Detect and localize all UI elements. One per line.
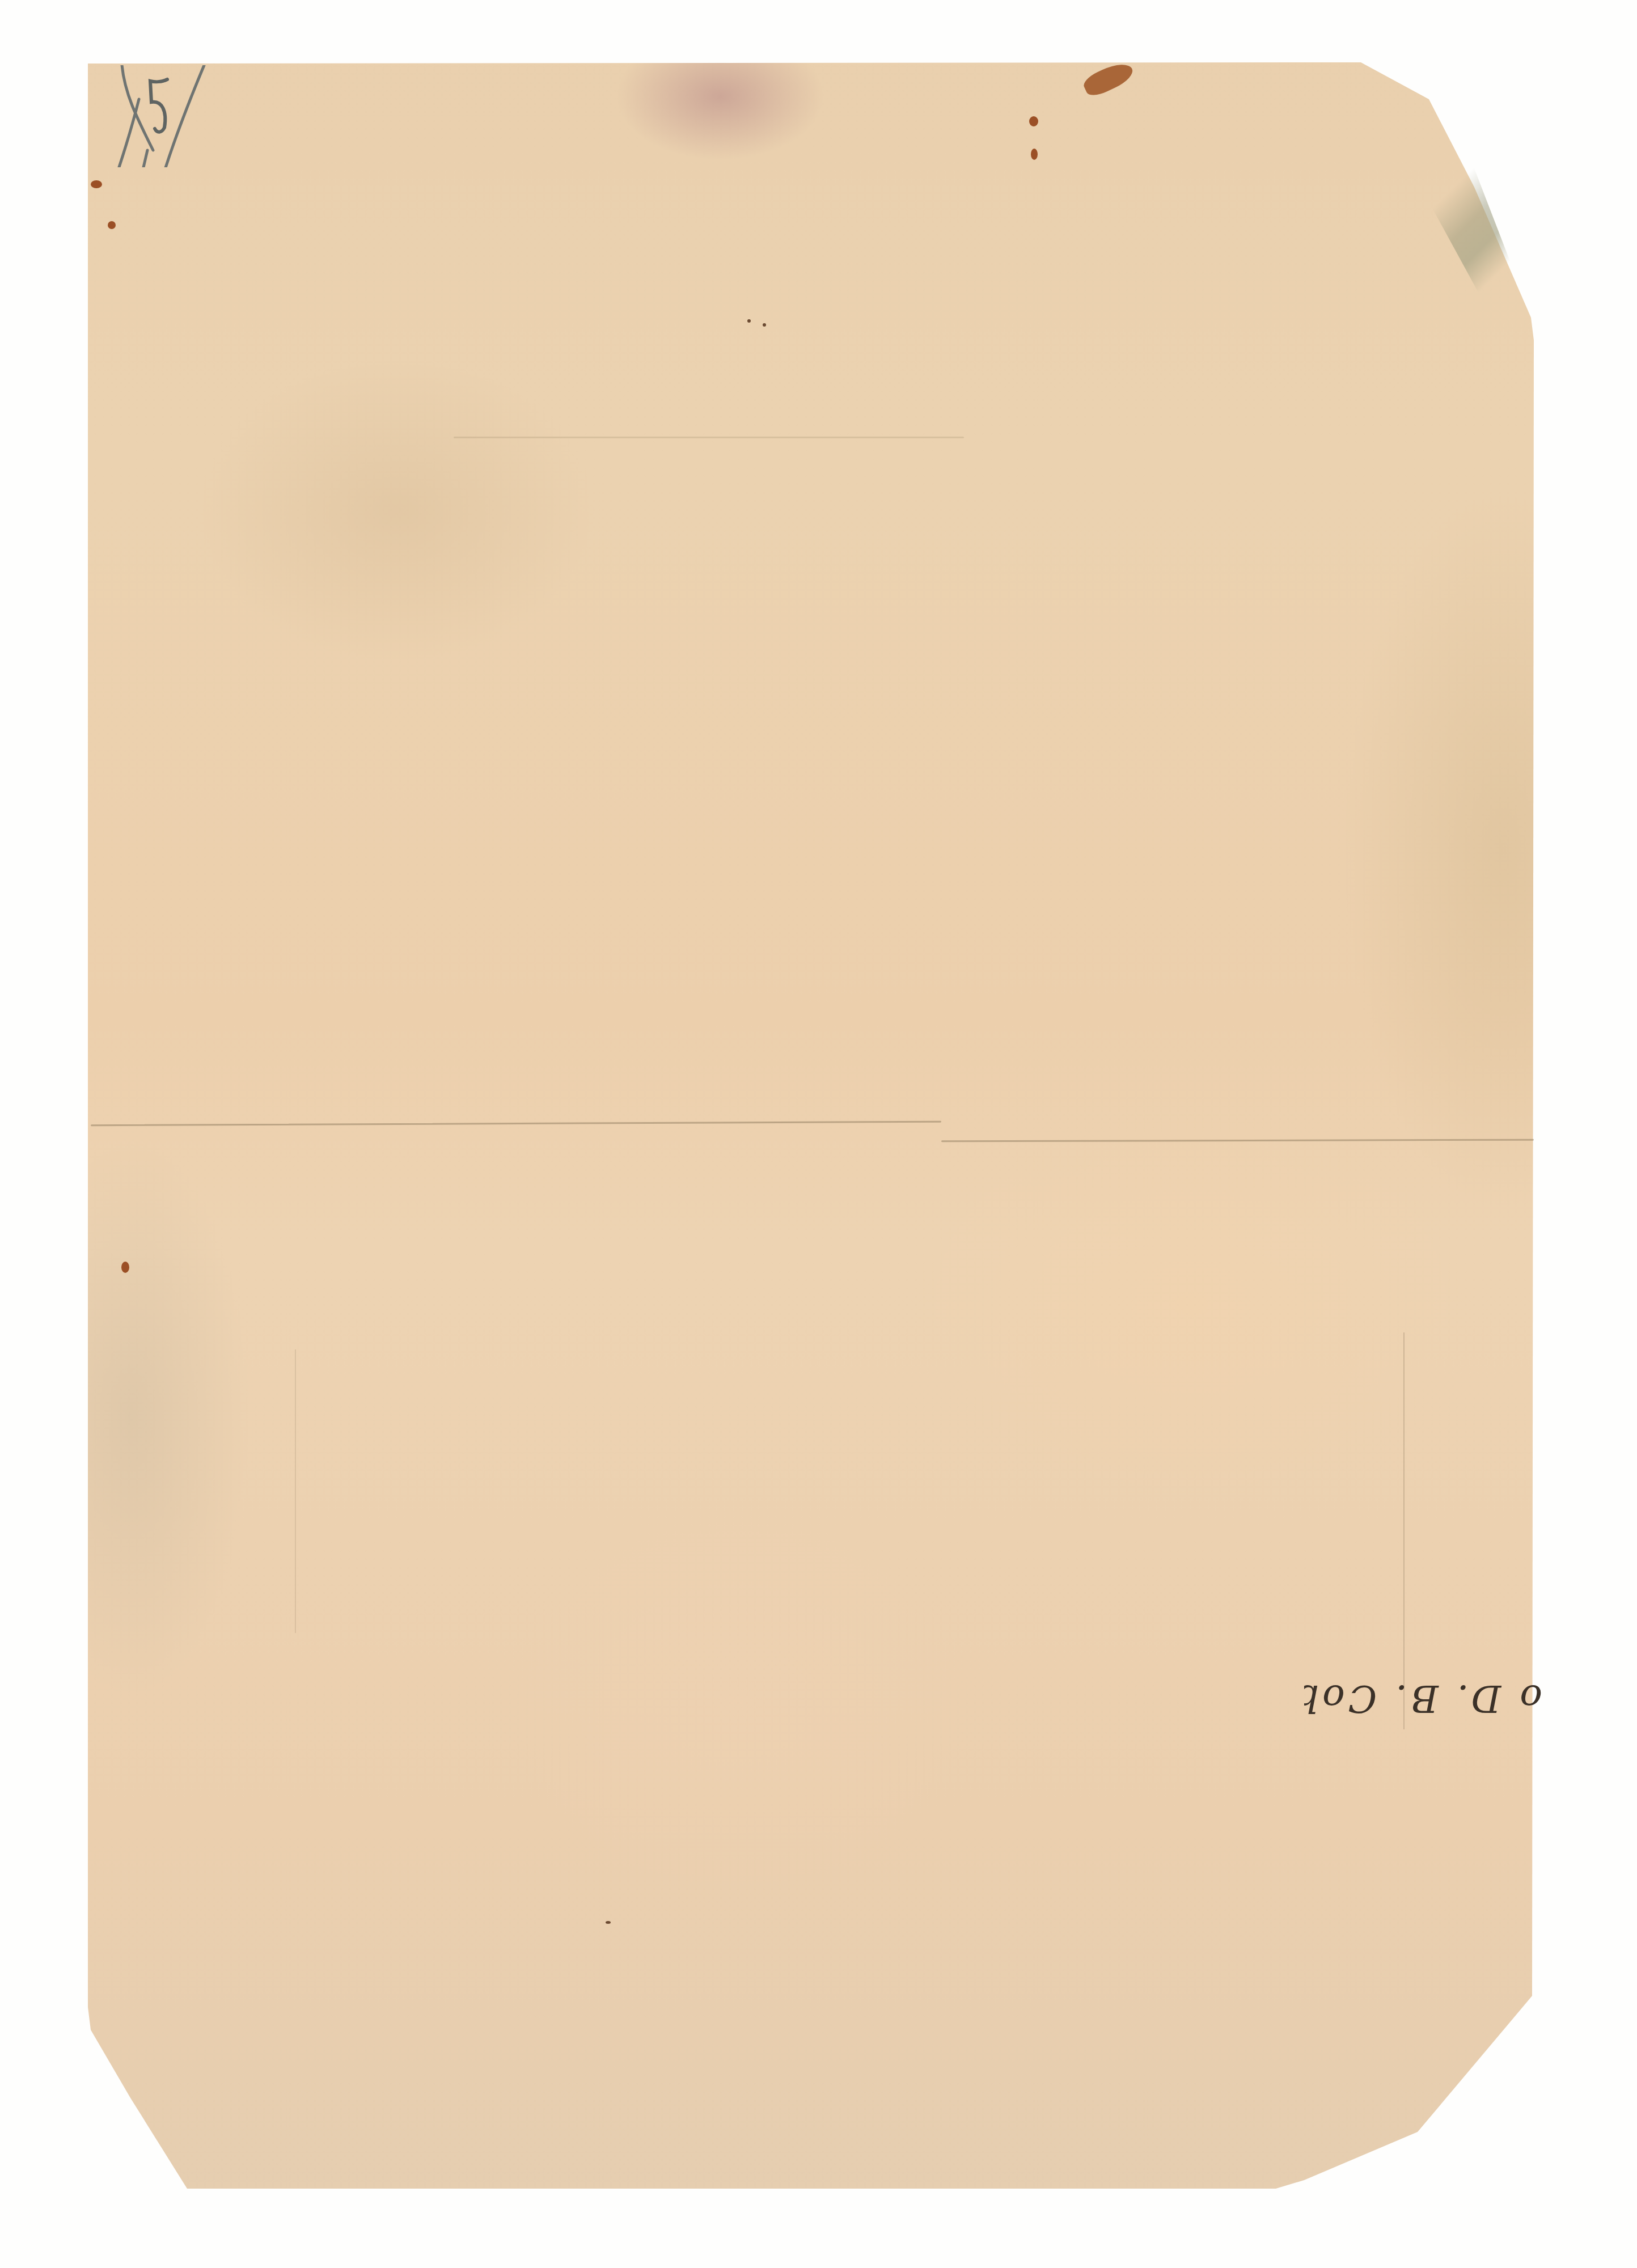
rust-spot <box>1031 149 1038 160</box>
ink-speck <box>606 1921 611 1924</box>
rust-spot <box>91 180 102 188</box>
faint-upper-crease <box>454 437 964 438</box>
paper-sheet <box>0 0 1637 2268</box>
scan-background: o D. B. Cobo ct. <box>0 0 1637 2268</box>
pencil-number-mark <box>111 65 224 167</box>
rust-spot <box>108 221 116 229</box>
vertical-crease <box>295 1349 296 1633</box>
ink-speck <box>763 323 766 327</box>
ink-inscription: o D. B. Cobo ct. <box>1304 1667 1542 1729</box>
rust-spot <box>121 1262 129 1273</box>
ink-speck <box>747 319 751 323</box>
rust-spot <box>1029 116 1038 126</box>
